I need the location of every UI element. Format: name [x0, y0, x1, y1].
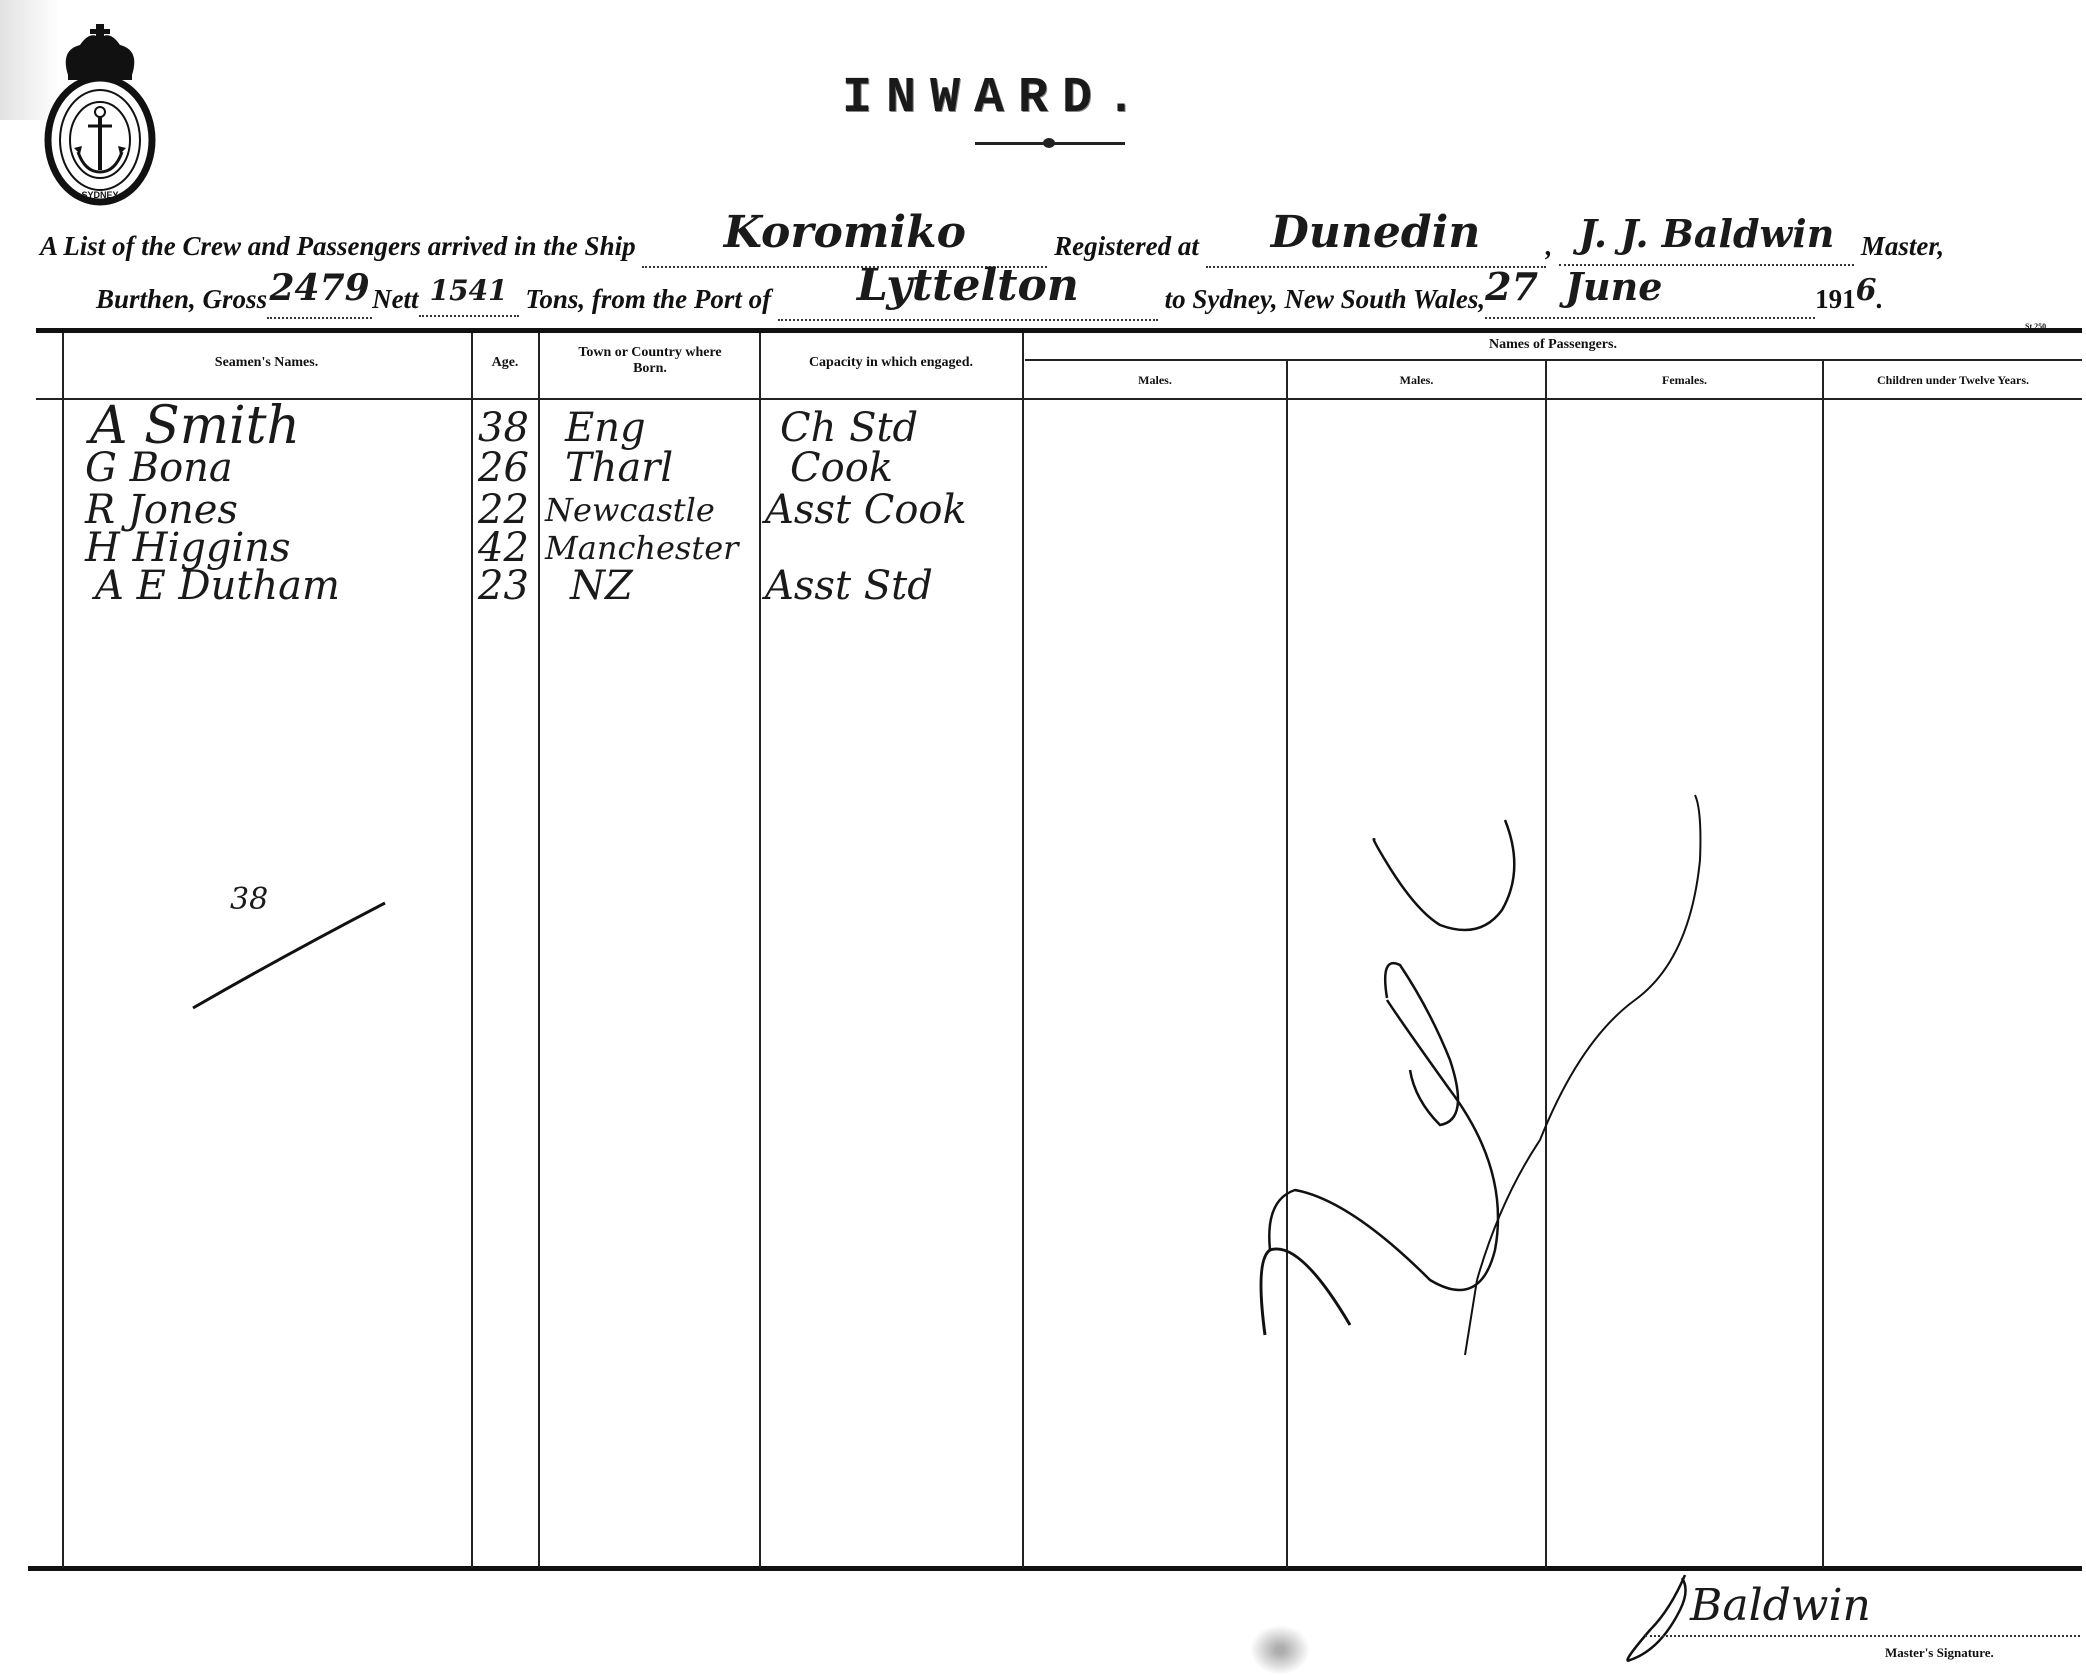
year-prefix: 191: [1815, 284, 1856, 314]
crew-row-2-name: G Bona: [85, 452, 233, 484]
header-age: Age.: [473, 355, 537, 371]
master-label: Master,: [1861, 231, 1944, 261]
crew-row-4-age: 42: [478, 532, 529, 564]
crew-row-4-name: H Higgins: [85, 532, 291, 564]
from-port-value: Lyttelton: [857, 260, 1079, 311]
master-signature: Baldwin: [1690, 1580, 1871, 1631]
scan-smudge: [1250, 1625, 1310, 1675]
crew-row-2-born: Tharl: [565, 452, 673, 484]
arrival-day-value: 27: [1485, 264, 1538, 309]
arrival-month-value: June: [1565, 264, 1662, 309]
crew-row-3-name: R Jones: [85, 494, 238, 526]
col-divider-females-children: [1822, 361, 1824, 1568]
header-capacity: Capacity in which engaged.: [761, 355, 1021, 371]
header-males-1: Males.: [1024, 373, 1286, 388]
crew-row-5-name: A E Dutham: [95, 570, 340, 602]
master-name-field: J. J. Baldwin: [1559, 219, 1854, 266]
col-divider-capacity-passengers: [1022, 333, 1024, 1568]
nil-annotation-scrawl: [1240, 780, 1760, 1360]
crew-row-4-born: Manchester: [545, 532, 738, 564]
master-name-value: J. J. Baldwin: [1579, 211, 1835, 256]
table-header-bottom-rule: [36, 398, 2082, 400]
gross-tons-value: 2479: [269, 267, 369, 309]
registered-label: Registered at: [1054, 231, 1199, 261]
header-seamens-names: Seamen's Names.: [64, 355, 469, 371]
crew-row-3-capacity: Asst Cook: [765, 494, 967, 526]
col-divider-age-born: [538, 333, 540, 1568]
col-divider-born-capacity: [759, 333, 761, 1568]
table-top-rule: [36, 328, 2082, 333]
header-line-2: Burthen, Gross2479Nett1541 Tons, from th…: [96, 268, 1883, 321]
title-ornament-dot: [1043, 138, 1055, 148]
gross-tons-field: 2479: [267, 275, 372, 319]
registered-at-field: Dunedin: [1206, 215, 1546, 268]
tally-strike-line: [185, 895, 395, 1020]
master-signature-label: Master's Signature.: [1885, 1645, 1994, 1661]
header-town-born: Town or Country where Born.: [560, 345, 740, 377]
crew-row-5-age: 23: [478, 570, 529, 602]
signature-line: [1645, 1635, 2080, 1637]
from-port-field: Lyttelton: [778, 268, 1158, 321]
header-females: Females.: [1547, 373, 1822, 388]
col-divider-left: [62, 333, 64, 1568]
svg-text:SYDNEY: SYDNEY: [81, 190, 118, 200]
nett-tons-value: 1541: [430, 274, 508, 307]
nett-tons-field: 1541: [419, 282, 519, 317]
col-divider-names-age: [471, 333, 473, 1568]
shipping-master-emblem-icon: SYDNEY: [40, 20, 160, 210]
crew-row-2-capacity: Cook: [790, 452, 893, 484]
registered-at-value: Dunedin: [1271, 207, 1481, 258]
crew-row-1-born: Eng: [565, 412, 646, 444]
crew-row-5-capacity: Asst Std: [765, 570, 933, 602]
document-title: INWARD.: [842, 70, 1150, 127]
crew-row-5-born: NZ: [570, 570, 633, 602]
arrival-date-field: 27 June: [1485, 272, 1815, 319]
crew-row-1-capacity: Ch Std: [780, 412, 918, 444]
crew-row-3-born: Newcastle: [545, 494, 715, 526]
list-prefix-label: A List of the Crew and Passengers arrive…: [40, 231, 636, 261]
burthen-label: Burthen, Gross: [96, 284, 267, 314]
crew-row-1-age: 38: [478, 412, 529, 444]
crew-row-1-name: A Smith: [90, 410, 300, 442]
passengers-subheader-rule: [1025, 359, 2082, 361]
year-period: .: [1877, 284, 1884, 314]
header-males-2: Males.: [1288, 373, 1545, 388]
nett-label: Nett: [372, 284, 419, 314]
header-children: Children under Twelve Years.: [1824, 373, 2082, 388]
crew-row-3-age: 22: [478, 494, 529, 526]
to-sydney-label: to Sydney, New South Wales,: [1165, 284, 1486, 314]
tons-from-port-label: Tons, from the Port of: [525, 284, 771, 314]
ship-name-value: Koromiko: [724, 207, 966, 258]
year-suffix-value: 6: [1856, 273, 1877, 308]
header-names-of-passengers: Names of Passengers.: [1024, 337, 2082, 353]
crew-row-2-age: 26: [478, 452, 529, 484]
